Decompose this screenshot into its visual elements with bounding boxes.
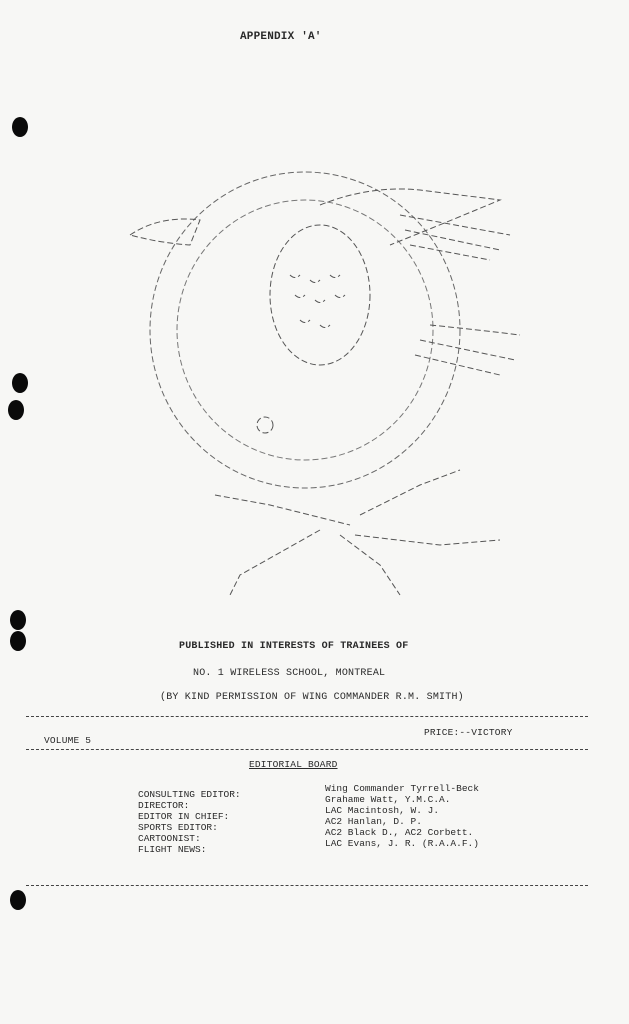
role-label: SPORTS EDITOR: [138, 822, 241, 833]
eagle-crest-icon [120, 95, 530, 615]
role-label: DIRECTOR: [138, 800, 241, 811]
divider [26, 885, 588, 886]
member-name: Grahame Watt, Y.M.C.A. [325, 794, 479, 805]
publication-line-1: PUBLISHED IN INTERESTS OF TRAINEES OF [179, 641, 408, 652]
role-label: CONSULTING EDITOR: [138, 789, 241, 800]
punch-hole-icon [10, 610, 26, 630]
member-name: Wing Commander Tyrrell-Beck [325, 783, 479, 794]
divider [26, 716, 588, 717]
appendix-title: APPENDIX 'A' [240, 31, 322, 43]
member-name: AC2 Black D., AC2 Corbett. [325, 827, 479, 838]
role-label: EDITOR IN CHIEF: [138, 811, 241, 822]
member-name: LAC Macintosh, W. J. [325, 805, 479, 816]
divider [26, 749, 588, 750]
volume-label: VOLUME 5 [44, 735, 91, 746]
editorial-board-heading: EDITORIAL BOARD [249, 759, 338, 770]
publication-line-3: (BY KIND PERMISSION OF WING COMMANDER R.… [160, 692, 464, 703]
punch-hole-icon [10, 631, 26, 651]
editorial-names: Wing Commander Tyrrell-Beck Grahame Watt… [325, 783, 479, 849]
punch-hole-icon [12, 117, 28, 137]
editorial-roles: CONSULTING EDITOR: DIRECTOR: EDITOR IN C… [138, 789, 241, 855]
member-name: LAC Evans, J. R. (R.A.A.F.) [325, 838, 479, 849]
document-page: APPENDIX 'A' PUBLISHED IN INTERESTS OF T… [0, 0, 629, 1024]
member-name: AC2 Hanlan, D. P. [325, 816, 479, 827]
punch-hole-icon [8, 400, 24, 420]
role-label: CARTOONIST: [138, 833, 241, 844]
punch-hole-icon [12, 373, 28, 393]
role-label: FLIGHT NEWS: [138, 844, 241, 855]
publication-line-2: NO. 1 WIRELESS SCHOOL, MONTREAL [193, 668, 385, 679]
punch-hole-icon [10, 890, 26, 910]
price-label: PRICE:--VICTORY [424, 727, 513, 738]
